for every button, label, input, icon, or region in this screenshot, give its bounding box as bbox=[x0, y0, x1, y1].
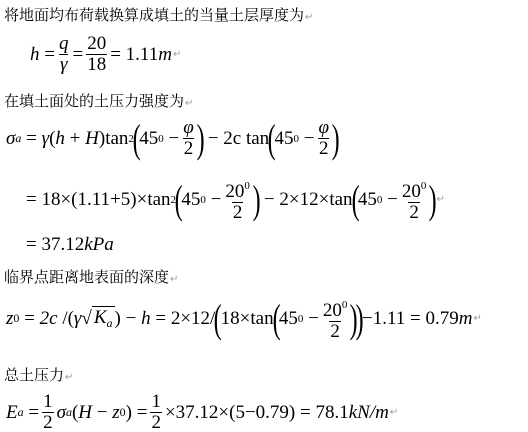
heading-critical-depth: 临界点距离地表面的深度↵ bbox=[4, 268, 178, 289]
paragraph-mark: ↵ bbox=[170, 274, 178, 285]
equation-total-earth-pressure: Ea = 12σa(H − z0) = 12×37.12×(5−0.79) = … bbox=[6, 392, 398, 432]
equation-active-pressure-formula: σa = γ(h + H)tan2 (450 − φ2) − 2c tan (4… bbox=[6, 118, 338, 159]
equation-active-pressure-result: = 37.12kPa bbox=[26, 234, 114, 256]
paragraph-mark: ↵ bbox=[305, 12, 313, 23]
heading-equivalent-soil-thickness: 将地面均布荷载换算成填土的当量土层厚度为↵ bbox=[4, 6, 313, 27]
paragraph-mark: ↵ bbox=[390, 407, 398, 418]
paragraph-mark: ↵ bbox=[173, 49, 181, 60]
paragraph-mark: ↵ bbox=[437, 194, 445, 205]
heading-surface-pressure: 在填土面处的土压力强度为↵ bbox=[4, 92, 193, 113]
paragraph-mark: ↵ bbox=[185, 98, 193, 109]
equation-active-pressure-substitution: = 18×(1.11+5)×tan2 (450 − 2002) − 2×12×t… bbox=[26, 176, 445, 223]
heading-total-earth-pressure: 总土压力↵ bbox=[4, 366, 73, 387]
equation-critical-depth: z0 = 2c /(γ√Ka) − h = 2×12/ (18×tan (450… bbox=[6, 295, 482, 342]
equation-equivalent-height: h = qγ= 2018= 1.11m ↵ bbox=[30, 34, 181, 75]
paragraph-mark: ↵ bbox=[65, 372, 73, 383]
paragraph-mark: ↵ bbox=[474, 313, 482, 324]
